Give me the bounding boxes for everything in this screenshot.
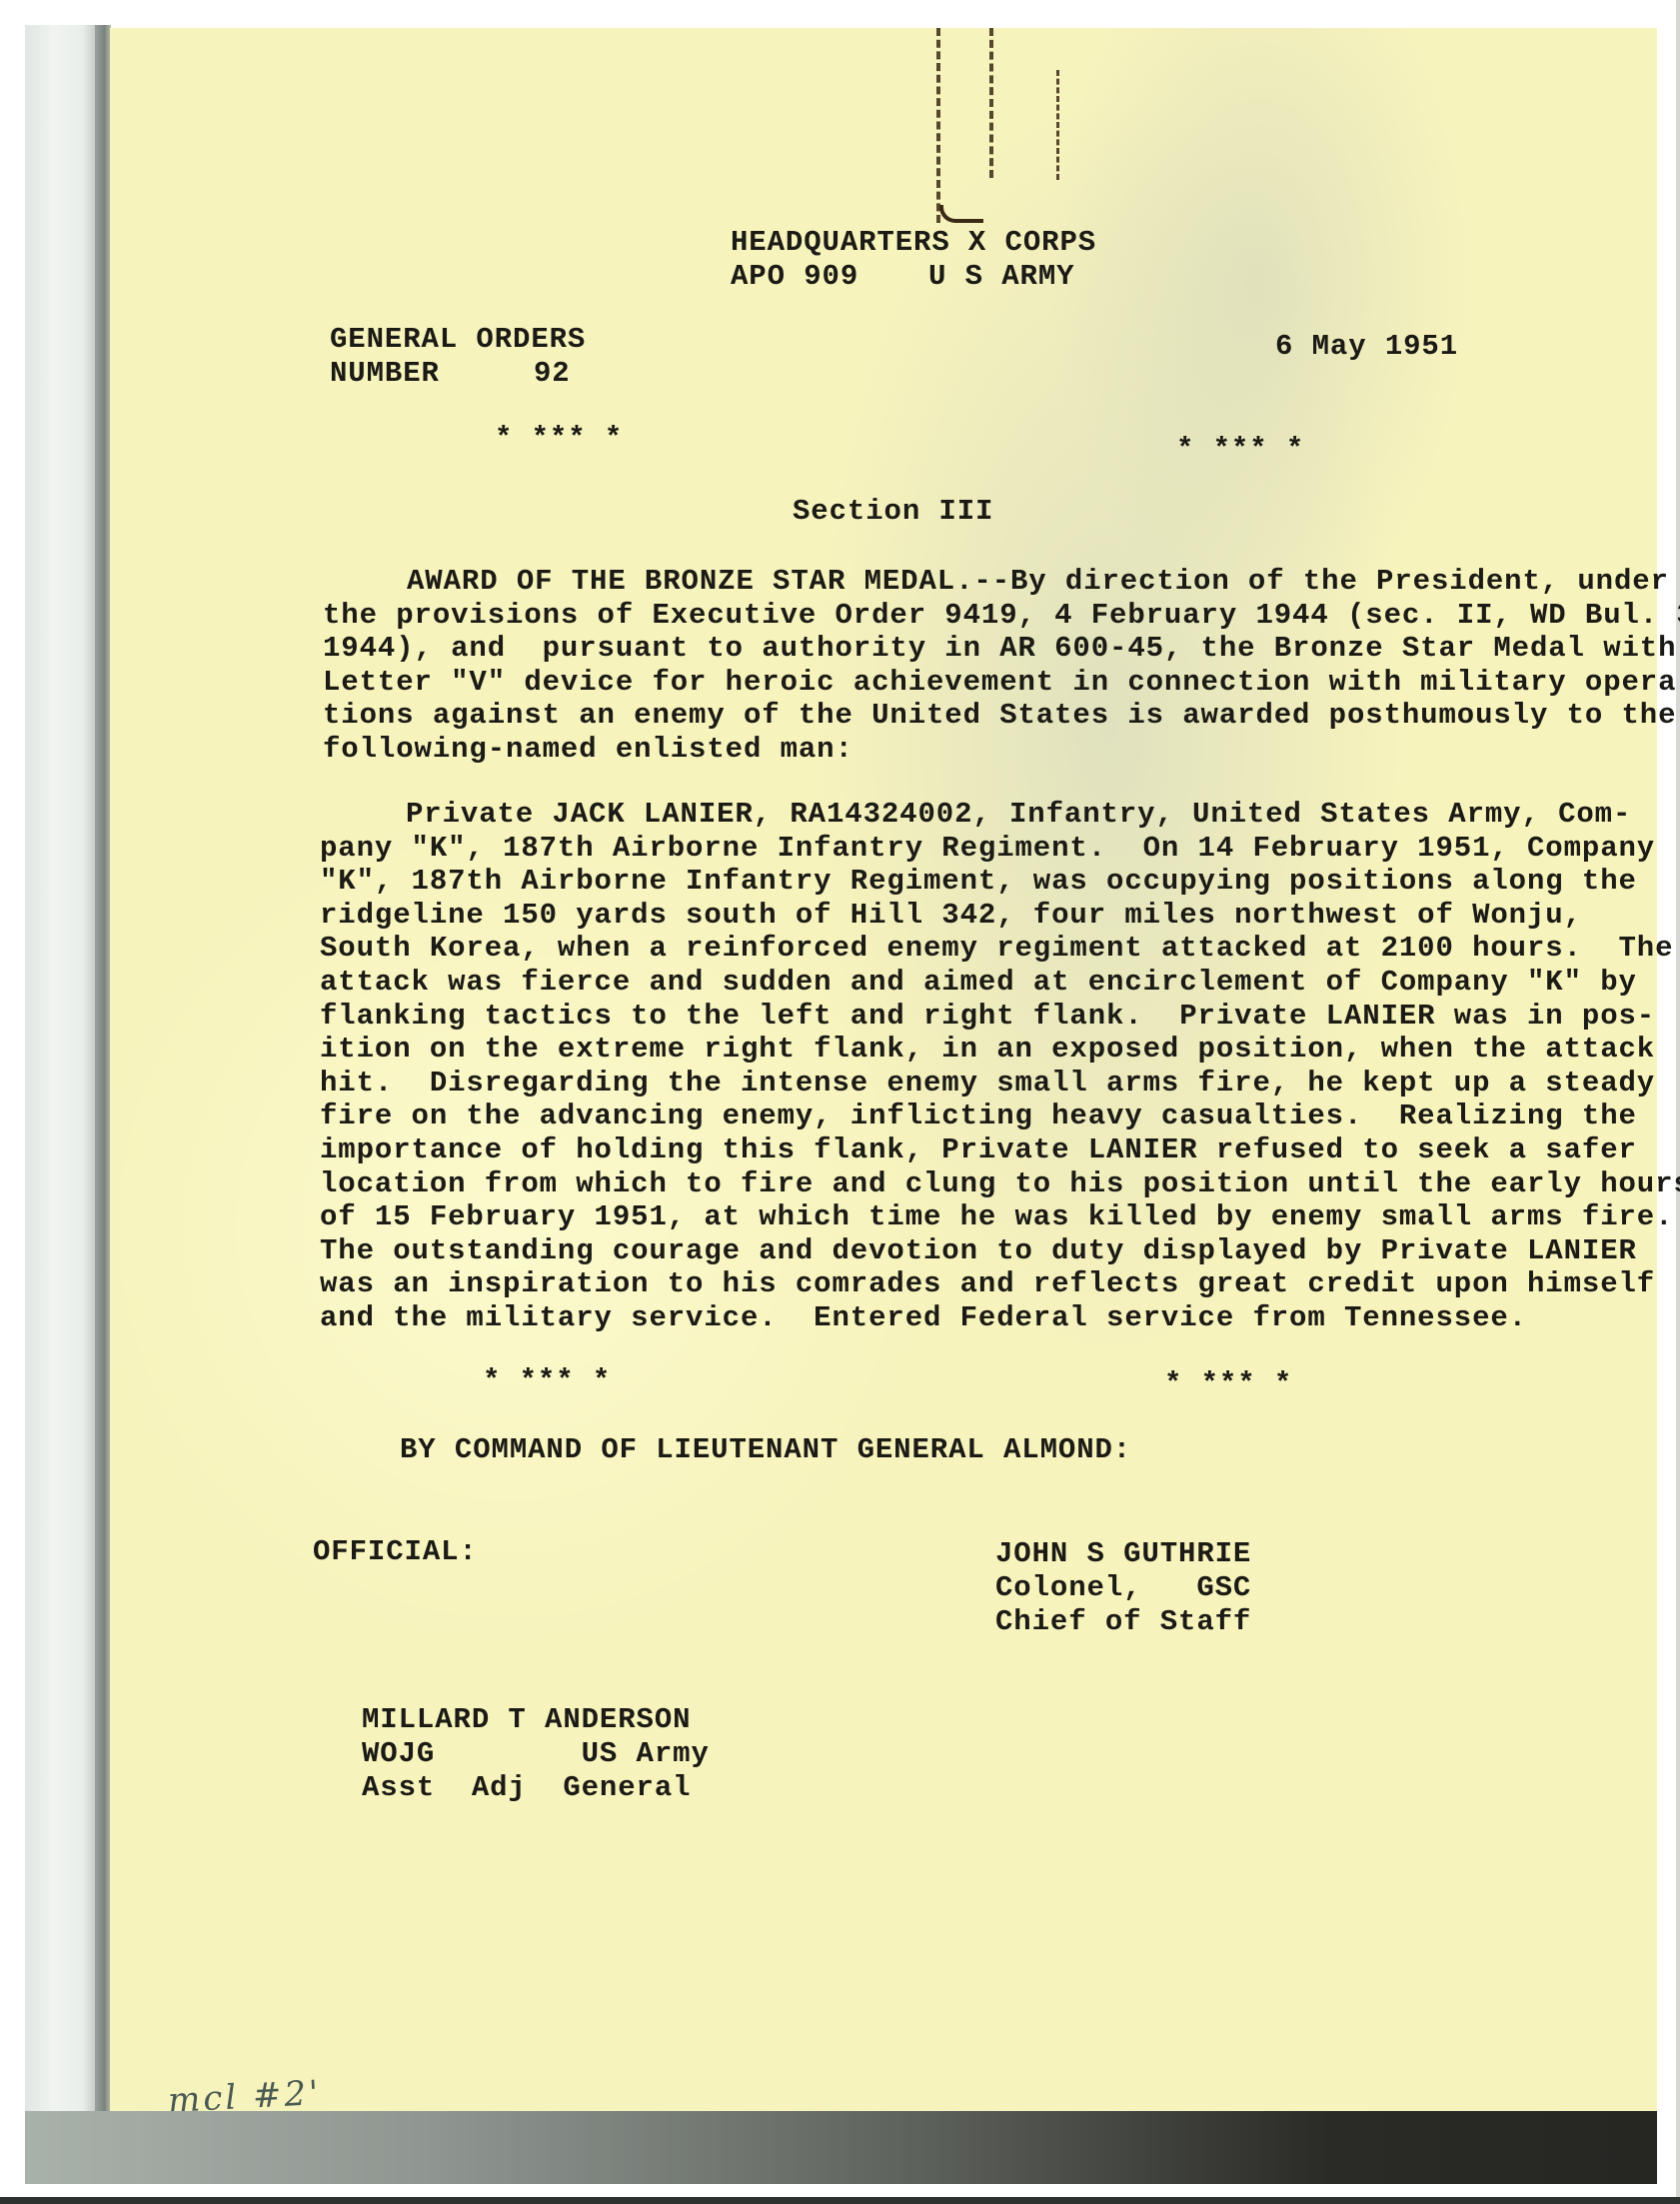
- orders-date: 6 May 1951: [1275, 332, 1458, 361]
- scan-right-edge: [1676, 0, 1680, 2204]
- command-line: BY COMMAND OF LIEUTENANT GENERAL ALMOND:: [400, 1435, 1131, 1464]
- scan-bottom-band: [25, 2111, 1657, 2184]
- scan-bottom-line: [0, 2197, 1680, 2204]
- official-label: OFFICIAL:: [313, 1537, 478, 1566]
- award-paragraph: AWARD OF THE BRONZE STAR MEDAL.--By dire…: [323, 565, 1562, 767]
- separator-right-bottom: * *** *: [1164, 1369, 1292, 1398]
- separator-left-bottom: * *** *: [483, 1366, 611, 1395]
- separator-left: * *** *: [495, 424, 623, 453]
- citation-paragraph: Private JACK LANIER, RA14324002, Infantr…: [320, 798, 1559, 1335]
- staple-mark: [1056, 70, 1063, 180]
- header-apo: APO 909: [731, 262, 858, 291]
- official-name: MILLARD T ANDERSON: [362, 1705, 691, 1734]
- official-rank: WOJG US Army: [362, 1739, 710, 1768]
- orders-number-label: NUMBER: [330, 359, 440, 388]
- section-title: Section III: [793, 497, 993, 526]
- scan-left-strip: [25, 25, 97, 2136]
- staple-mark: [989, 28, 997, 178]
- header-headquarters: HEADQUARTERS X CORPS: [731, 228, 1096, 257]
- separator-right: * *** *: [1176, 435, 1304, 464]
- general-orders-label: GENERAL ORDERS: [330, 325, 586, 354]
- staple-mark: [936, 28, 944, 223]
- orders-number: 92: [534, 359, 571, 388]
- header-army: U S ARMY: [928, 262, 1074, 291]
- scan-left-shadow: [95, 25, 111, 2136]
- chief-rank: Colonel, GSC: [995, 1573, 1251, 1602]
- chief-name: JOHN S GUTHRIE: [995, 1539, 1251, 1568]
- staple-mark: [939, 205, 983, 223]
- chief-title: Chief of Staff: [995, 1607, 1251, 1636]
- official-title: Asst Adj General: [362, 1773, 691, 1802]
